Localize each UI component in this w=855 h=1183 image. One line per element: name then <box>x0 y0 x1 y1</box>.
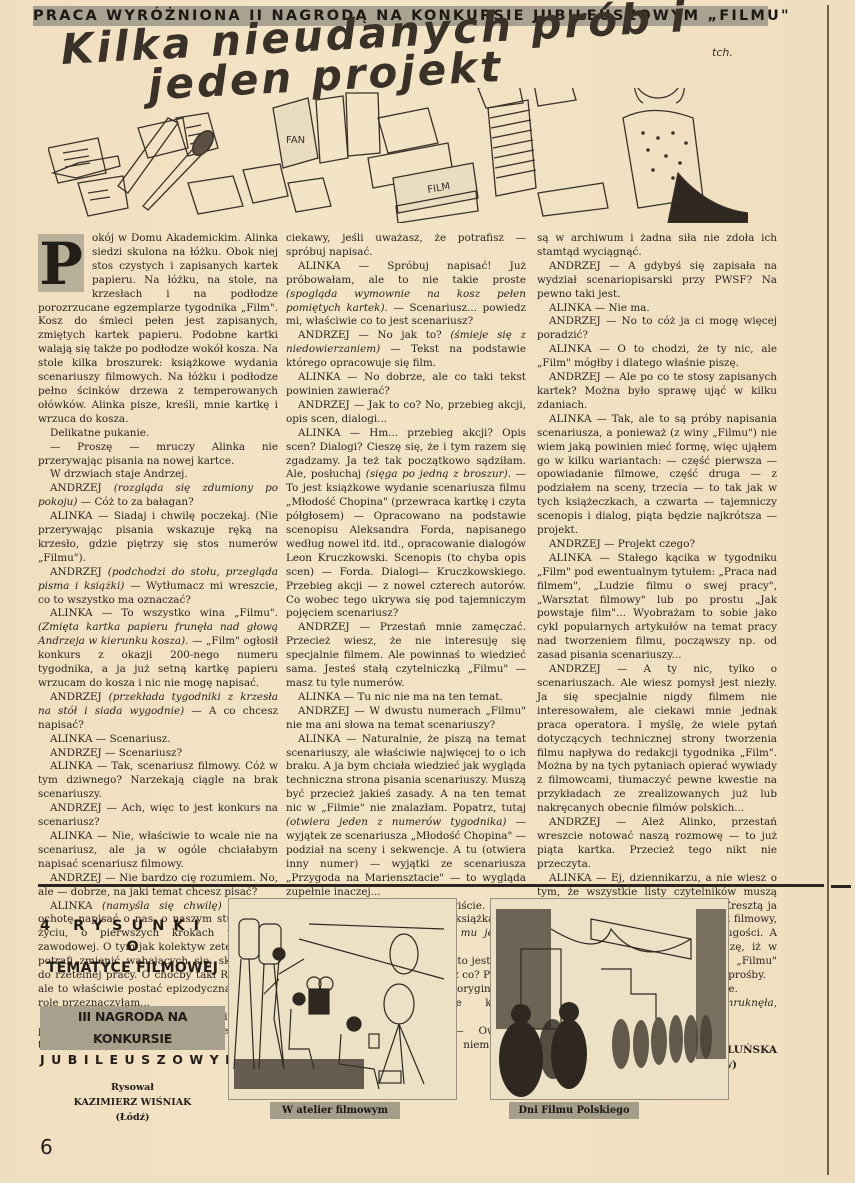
credit-label: Rysował <box>40 1080 225 1095</box>
adjacent-page-edge <box>829 0 855 1183</box>
header-illustration: FAN FILM <box>48 88 748 223</box>
dialogue-line: ALINKA — Siadaj i chwilę poczekaj. (Nie … <box>38 510 278 566</box>
dialogue-line: ALINKA — Scenariusz. <box>38 733 278 747</box>
dialogue-line: ANDRZEJ (przekłada tygodniki z krzesła n… <box>38 691 278 733</box>
drop-cap: P <box>38 234 84 292</box>
svg-text:FAN: FAN <box>286 135 305 146</box>
dialogue-line: ALINKA — Naturalnie, że piszą na temat s… <box>286 733 526 900</box>
magazine-page: PRACA WYRÓŻNIONA II NAGRODĄ NA KONKURSIE… <box>0 0 826 1176</box>
dialogue-line: ALINKA — Hm... przebieg akcji? Opis scen… <box>286 427 526 622</box>
dialogue-line: ALINKA — O to chodzi, że ty nic, ale „Fi… <box>537 343 777 371</box>
dialogue-line: ANDRZEJ — A gdybyś się zapisała na wydzi… <box>537 260 777 302</box>
drawings-credit: Rysował KAZIMIERZ WIŚNIAK (Łódź) <box>40 1080 225 1125</box>
dialogue-line: ANDRZEJ — Przestań mnie zamęczać. Przeci… <box>286 621 526 691</box>
credit-name: KAZIMIERZ WIŚNIAK <box>40 1095 225 1110</box>
illustrator-signature: tch. <box>712 46 733 59</box>
award-box: III NAGRODA NA KONKURSIE JUBILEUSZOWYM <box>40 1006 225 1050</box>
drawing-polish-film-days <box>490 898 729 1100</box>
dialogue-line: ANDRZEJ — Scenariusz? <box>38 747 278 761</box>
dialogue-line: ALINKA — No dobrze, ale co taki tekst po… <box>286 371 526 399</box>
dialogue-line: ANDRZEJ — Jak to co? No, przebieg akcji,… <box>286 399 526 427</box>
dialogue-line: ANDRZEJ — Ach, więc to jest konkurs na s… <box>38 802 278 830</box>
film-studio-illustration <box>229 899 456 1099</box>
drawings-heading-line-3: TEMATYCE FILMOWEJ <box>40 960 225 976</box>
dialogue-line: ALINKA — Tak, ale to są próby napisania … <box>537 413 777 538</box>
narration-paragraph: — Proszę — mruczy Alinka nie przerywając… <box>38 441 278 469</box>
dialogue-line: ANDRZEJ — Ale po co te stosy zapisanych … <box>537 371 777 413</box>
dialogue-line: ALINKA — Spróbuj napisać! Już próbowałam… <box>286 260 526 330</box>
narration-paragraph: ciekawy, jeśli uważasz, że potrafisz — s… <box>286 232 526 260</box>
dialogue-line: ANDRZEJ — Ależ Alinko, przestań wreszcie… <box>537 816 777 872</box>
narration-paragraph: W drzwiach staje Andrzej. <box>38 468 278 482</box>
dialogue-line: ANDRZEJ — A ty nic, tylko o scenariuszac… <box>537 663 777 816</box>
page-number: 6 <box>40 1135 53 1159</box>
award-line-1: III NAGRODA NA KONKURSIE <box>40 1006 225 1050</box>
dialogue-line: ANDRZEJ — W dwustu numerach „Filmu" nie … <box>286 705 526 733</box>
dialogue-line: ALINKA — Stałego kącika w tygodniku „Fil… <box>537 552 777 663</box>
dialogue-line: ANDRZEJ — No to cóż ja ci mogę więcej po… <box>537 315 777 343</box>
dialogue-line: ANDRZEJ (podchodzi do stołu, przegląda p… <box>38 566 278 608</box>
dialogue-line: ALINKA — Tu nic nie ma na ten temat. <box>286 691 526 705</box>
drawings-heading-line-2: O <box>40 939 225 955</box>
dialogue-line: ALINKA — To wszystko wina „Filmu". (Zmię… <box>38 607 278 690</box>
drawings-heading: 4 RYSUNKI O TEMATYCE FILMOWEJ <box>40 918 225 976</box>
award-line-2: JUBILEUSZOWYM <box>40 1050 225 1070</box>
dialogue-line: ANDRZEJ — Projekt czego? <box>537 538 777 552</box>
dialogue-line: ANDRZEJ — No jak to? (śmieje się z niedo… <box>286 329 526 371</box>
dialogue-line: ALINKA — Tak, scenariusz filmowy. Cóż w … <box>38 760 278 802</box>
dialogue-line: ANDRZEJ (rozgląda się zdumiony po pokoju… <box>38 482 278 510</box>
drawing-caption-film-studio: W atelier filmowym <box>270 1102 400 1119</box>
narration-paragraph: są w archiwum i żadna siła nie zdoła ich… <box>537 232 777 260</box>
credit-city: (Łódź) <box>40 1110 225 1125</box>
dialogue-line: ALINKA — Nie, właściwie to wcale nie na … <box>38 830 278 872</box>
narration-paragraph: Delikatne pukanie. <box>38 427 278 441</box>
dialogue-line: ALINKA — Nie ma. <box>537 302 777 316</box>
section-divider <box>38 884 824 887</box>
drawing-caption-polish-film-days: Dni Filmu Polskiego <box>509 1102 639 1119</box>
drawing-film-studio <box>228 898 457 1100</box>
drawings-heading-line-1: 4 RYSUNKI <box>40 918 225 934</box>
polish-film-days-illustration <box>491 899 728 1099</box>
adjacent-page-rule <box>831 885 851 888</box>
